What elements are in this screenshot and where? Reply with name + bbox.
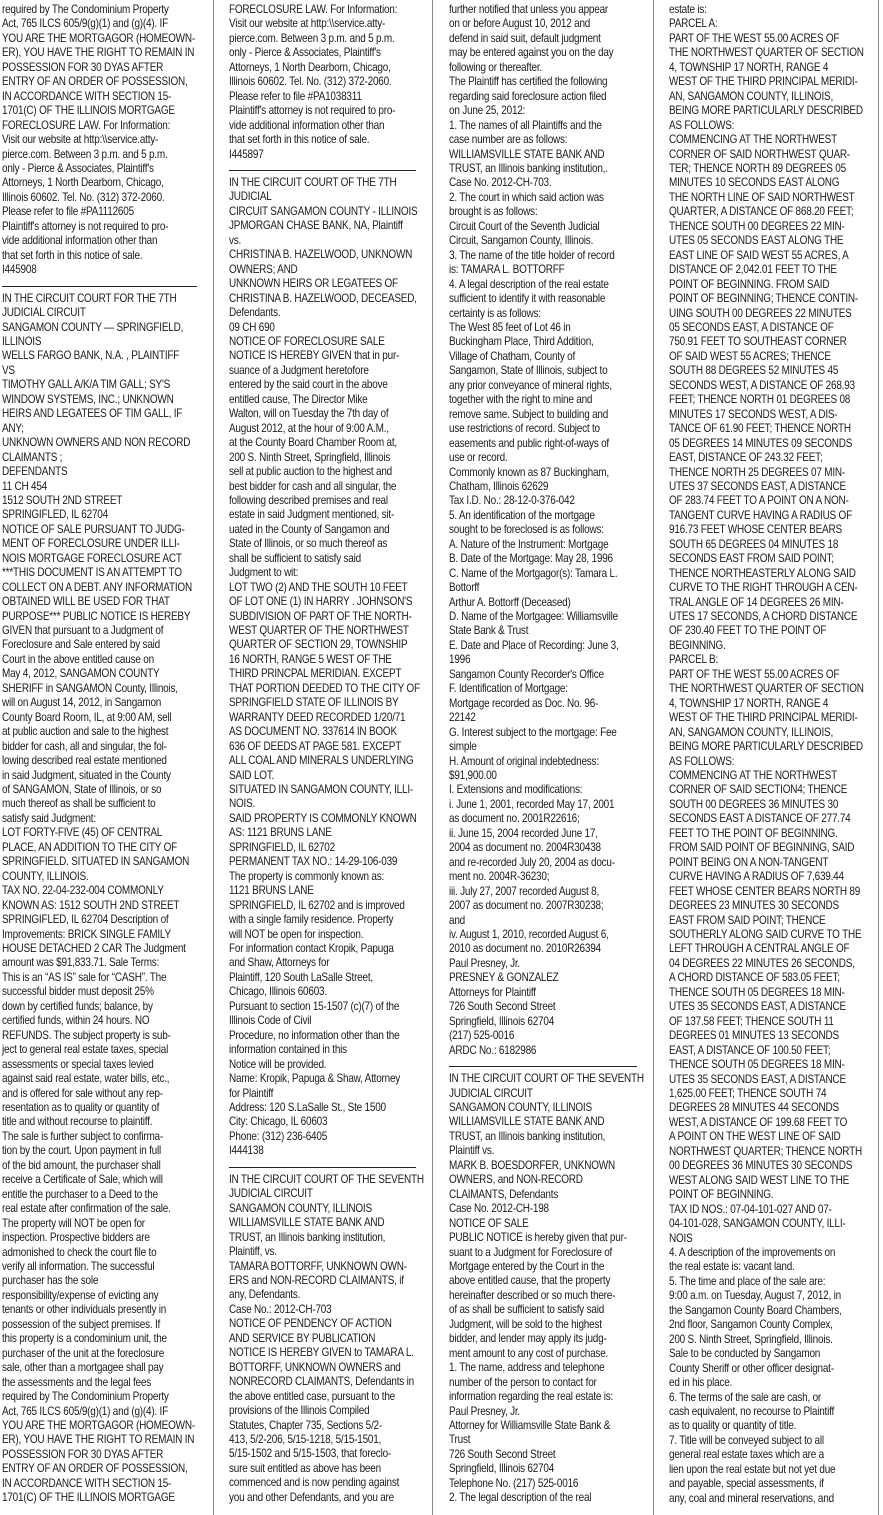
text-line-content: B. Date of the Mortgage: May 28, 1996: [449, 552, 613, 566]
text-line: SPRINGFIELD STATE OF ILLINOIS BY: [229, 696, 424, 710]
text-line: DEGREES 01 MINUTES 13 SECONDS: [669, 1029, 870, 1043]
text-line: WILLIAMSVILLE STATE BANK AND: [449, 1115, 645, 1129]
text-line: UNKNOWN OWNERS AND NON RECORD: [2, 436, 205, 450]
text-line: down by certified funds; balance, by: [2, 1000, 205, 1014]
text-line: SITUATED IN SANGAMON COUNTY, ILLI-: [229, 783, 424, 797]
text-line: Bottorff: [449, 581, 645, 595]
text-line: NONRECORD CLAIMANTS, Defendants in: [229, 1375, 424, 1389]
text-line: 1996: [449, 653, 645, 667]
text-line-content: Case No. 2012-CH-198: [449, 1202, 549, 1216]
text-line-content: A. Nature of the Instrument: Mortgage: [449, 538, 608, 552]
text-line-content: ANY;: [2, 422, 24, 436]
text-line-content: Statutes, Chapter 735, Sections 5/2-: [229, 1419, 382, 1433]
text-line: will NOT be open for inspection.: [229, 928, 424, 942]
text-line-content: AS FOLLOWS:: [669, 119, 734, 133]
text-line-content: TANCE OF 61.90 FEET; THENCE NORTH: [669, 422, 851, 436]
text-line-content: EAST, A DISTANCE OF 100.50 FEET;: [669, 1044, 830, 1058]
text-line-content: sale, other than a mortgagee shall pay: [2, 1361, 163, 1375]
text-line-content: Plaintiff's attorney is not required to …: [229, 104, 395, 118]
text-line-content: at public auction and sale to the highes…: [2, 725, 168, 739]
text-line: I445897: [229, 148, 424, 162]
text-line: 2007 as document no. 2007R30238;: [449, 899, 645, 913]
text-line: DEFENDANTS: [2, 465, 205, 479]
text-line: 726 South Second Street: [449, 1000, 645, 1014]
text-line: NOTICE OF SALE: [449, 1217, 645, 1231]
text-line: easements and public right-of-ways of: [449, 437, 645, 451]
text-line-content: A POINT ON THE WEST LINE OF SAID: [669, 1130, 841, 1144]
text-line-content: WEST OF THE THIRD PRINCIPAL MERIDI-: [669, 711, 858, 725]
text-line-content: Sale to be conducted by Sangamon: [669, 1347, 820, 1361]
text-line-content: Illinois Code of Civil: [229, 1014, 311, 1028]
text-line-content: purchaser has the sole: [2, 1274, 98, 1288]
text-line: and: [449, 914, 645, 928]
text-line-content: SPRINGFIELD. SITUATED IN SANGAMON: [2, 855, 189, 869]
text-line: August 2012, at the hour of 9:00 A.M.,: [229, 422, 424, 436]
text-line: ANY;: [2, 422, 205, 436]
text-line: entitle the purchaser to a Deed to the: [2, 1188, 205, 1202]
text-line-content: Sangamon, State of Illinois, subject to: [449, 364, 607, 378]
text-line: UTES 37 SECONDS EAST, A DISTANCE: [669, 480, 870, 494]
text-line-content: THENCE SOUTH 00 DEGREES 22 MIN-: [669, 220, 845, 234]
text-line-content: for Plaintiff: [229, 1087, 273, 1101]
text-line: commenced and is now pending against: [229, 1476, 424, 1490]
text-line-content: 5/15-1502 and 5/15-1503, that foreclo-: [229, 1447, 391, 1461]
notice-separator: [229, 170, 416, 171]
text-line-content: ER), YOU HAVE THE RIGHT TO REMAIN IN: [2, 46, 194, 60]
text-line-content: POINT OF BEGINNING. FROM SAID: [669, 278, 829, 292]
text-line-content: Visit our website at http:\\service.atty…: [2, 133, 158, 147]
text-line: sufficient to identify it with reasonabl…: [449, 292, 645, 306]
text-line-content: entitle the purchaser to a Deed to the: [2, 1188, 158, 1202]
text-line: suant to a Judgment for Foreclosure of: [449, 1246, 645, 1260]
text-line-content: Plaintiff vs.: [449, 1144, 494, 1158]
text-line: IN ACCORDANCE WITH SECTION 15-: [2, 90, 205, 104]
text-line: Mortgage recorded as Doc. No. 96-: [449, 697, 645, 711]
text-line-content: 6. The terms of the sale are cash, or: [669, 1391, 821, 1405]
text-line: THENCE SOUTH 05 DEGREES 18 MIN-: [669, 1058, 870, 1072]
text-line-content: amount was $91,833.71. Sale Terms:: [2, 956, 159, 970]
text-line-content: estate is:: [669, 3, 707, 17]
text-line: Arthur A. Bottorff (Deceased): [449, 596, 645, 610]
text-line: Procedure, no information other than the: [229, 1029, 424, 1043]
legal-notice: required by The Condominium PropertyAct,…: [2, 3, 205, 278]
legal-notice: IN THE CIRCUIT COURT OF THE SEVENTHJUDIC…: [449, 1072, 645, 1506]
text-line-content: use restrictions of record. Subject to: [449, 422, 600, 436]
text-line-content: COUNTY, ILLINOIS.: [2, 870, 88, 884]
text-line-content: Case No.: 2012-CH-703: [229, 1303, 331, 1317]
text-line-content: TRUST, an Illinois banking institution,: [229, 1231, 385, 1245]
text-line: CURVE HAVING A RADIUS OF 7,639.44: [669, 870, 870, 884]
text-line-content: brought is as follows:: [449, 205, 537, 219]
text-line-content: further notified that unless you appear: [449, 3, 608, 17]
text-line-content: THENCE NORTH 25 DEGREES 07 MIN-: [669, 466, 845, 480]
text-line: WEST ALONG SAID WEST LINE TO THE: [669, 1174, 870, 1188]
text-line-content: at the County Board Chamber Room at,: [229, 436, 397, 450]
text-line-content: 9:00 a.m. on Tuesday, August 7, 2012, in: [669, 1289, 841, 1303]
text-line: 4. A description of the improvements on: [669, 1246, 870, 1260]
text-line-content: Illinois 60602. Tel. No. (312) 372-2060.: [229, 75, 391, 89]
text-line: 1701(C) OF THE ILLINOIS MORTGAGE: [2, 104, 205, 118]
text-line-content: is: TAMARA L. BOTTORFF: [449, 263, 564, 277]
text-line-content: NONRECORD CLAIMANTS, Defendants in: [229, 1375, 414, 1389]
text-line-content: UNKNOWN OWNERS AND NON RECORD: [2, 436, 190, 450]
text-line-content: best bidder for cash and all singular, t…: [229, 480, 396, 494]
text-line: estate in said Judgment mentioned, sit-: [229, 508, 424, 522]
text-line: the Sangamon County Board Chambers,: [669, 1304, 870, 1318]
text-line-content: commenced and is now pending against: [229, 1476, 399, 1490]
text-line: OF LOT ONE (1) IN HARRY . JOHNSON'S: [229, 595, 424, 609]
text-line-content: REFUNDS. The subject property is sub-: [2, 1029, 171, 1043]
text-line-content: 726 South Second Street: [449, 1000, 555, 1014]
text-line: POINT OF BEGINNING. FROM SAID: [669, 278, 870, 292]
text-line: sell at public auction to the highest an…: [229, 465, 424, 479]
text-line-content: 636 OF DEEDS AT PAGE 581. EXCEPT: [229, 740, 401, 754]
text-line: as document no. 2001R22616;: [449, 812, 645, 826]
text-line-content: ii. June 15, 2004 recorded June 17,: [449, 827, 598, 841]
text-line: MINUTES 17 SECONDS WEST, A DIS-: [669, 408, 870, 422]
text-line-content: FEET; THENCE NORTH 01 DEGREES 08: [669, 393, 850, 407]
text-line-content: NOTICE IS HEREBY GIVEN that in pur-: [229, 349, 399, 363]
text-line: ERS and NON-RECORD CLAIMANTS, if: [229, 1274, 424, 1288]
text-line: State Bank & Trust: [449, 624, 645, 638]
text-line: SOUTH 00 DEGREES 36 MINUTES 30: [669, 798, 870, 812]
text-line: BOTTORFF, UNKNOWN OWNERS and: [229, 1361, 424, 1375]
text-line: NOTICE IS HEREBY GIVEN that in pur-: [229, 349, 424, 363]
text-line-content: title and without recourse to plaintiff.: [2, 1115, 152, 1129]
text-line-content: DISTANCE OF 2,042.01 FEET TO THE: [669, 263, 837, 277]
legal-notice: IN THE CIRCUIT COURT OF THE SEVENTHJUDIC…: [229, 1173, 424, 1505]
text-line-content: OF 137.58 FEET; THENCE SOUTH 11: [669, 1015, 834, 1029]
column-3: further notified that unless you appearo…: [432, 0, 653, 1515]
text-line-content: Mortgage entered by the Court in the: [449, 1260, 604, 1274]
text-line-content: CORNER OF SAID NORTHWEST QUAR-: [669, 148, 850, 162]
text-line-content: ER), YOU HAVE THE RIGHT TO REMAIN IN: [2, 1433, 194, 1447]
text-line: Address: 120 S.LaSalle St., Ste 1500: [229, 1101, 424, 1115]
text-line-content: of SANGAMON, State of Illinois, or so: [2, 783, 161, 797]
text-line-content: SHERIFF in SANGAMON County, Illinois,: [2, 682, 178, 696]
text-line: 6. The terms of the sale are cash, or: [669, 1391, 870, 1405]
text-line-content: hereinafter described or so much there-: [449, 1289, 615, 1303]
text-line: DISTANCE OF 2,042.01 FEET TO THE: [669, 263, 870, 277]
text-line-content: Attorneys for Plaintiff: [449, 986, 536, 1000]
text-line: A. Nature of the Instrument: Mortgage: [449, 538, 645, 552]
text-line: 726 South Second Street: [449, 1448, 645, 1462]
text-line: hereinafter described or so much there-: [449, 1289, 645, 1303]
notice-separator: [2, 286, 197, 287]
text-line-content: may be entered against you on the day: [449, 46, 613, 60]
text-line: POSSESSION FOR 30 DYAS AFTER: [2, 61, 205, 75]
text-line-content: SPRINGIFLED, IL 62704: [2, 508, 108, 522]
text-line-content: iv. August 1, 2010, recorded August 6,: [449, 928, 609, 942]
text-line-content: Bottorff: [449, 581, 479, 595]
text-line: Defendants.: [229, 306, 424, 320]
text-line-content: 16 NORTH, RANGE 5 WEST OF THE: [229, 653, 392, 667]
text-line: OF 230.40 FEET TO THE POINT OF: [669, 624, 870, 638]
text-line: HEIRS AND LEGATEES OF TIM GALL, IF: [2, 407, 205, 421]
text-line-content: 4, TOWNSHIP 17 NORTH, RANGE 4: [669, 697, 828, 711]
text-line: IN THE CIRCUIT COURT FOR THE 7TH: [2, 292, 205, 306]
text-line-content: Attorneys, 1 North Dearborn, Chicago,: [2, 176, 164, 190]
text-line: any, Defendants.: [229, 1288, 424, 1302]
text-line: ALL COAL AND MINERALS UNDERLYING: [229, 754, 424, 768]
text-line-content: State of Illinois, or so much thereof as: [229, 537, 387, 551]
text-line: Please refer to file #PA1112605: [2, 205, 205, 219]
text-line-content: TRUST, an Illinois banking institution,: [449, 1130, 605, 1144]
text-line: amount was $91,833.71. Sale Terms:: [2, 956, 205, 970]
text-line-content: LOT TWO (2) AND THE SOUTH 10 FEET: [229, 581, 408, 595]
text-line: PART OF THE WEST 55.00 ACRES OF: [669, 668, 870, 682]
text-line: WARRANTY DEED RECORDED 1/20/71: [229, 711, 424, 725]
text-line-content: 05 DEGREES 14 MINUTES 09 SECONDS: [669, 437, 852, 451]
text-line-content: in said Judgment, situated in the County: [2, 769, 171, 783]
text-line-content: case number are as follows:: [449, 133, 567, 147]
text-line: the real estate is: vacant land.: [669, 1260, 870, 1274]
text-line: SPRINGIFLED, IL 62704: [2, 508, 205, 522]
text-line: 1512 SOUTH 2ND STREET: [2, 494, 205, 508]
text-line: Improvements: BRICK SINGLE FAMILY: [2, 928, 205, 942]
text-line-content: only - Pierce & Associates, Plaintiff's: [2, 162, 154, 176]
text-line-content: 1512 SOUTH 2ND STREET: [2, 494, 122, 508]
text-line-content: tion by the court. Upon payment in full: [2, 1144, 161, 1158]
text-line-content: MINUTES 17 SECONDS WEST, A DIS-: [669, 408, 837, 422]
text-line: Paul Presney, Jr.: [449, 1405, 645, 1419]
text-line-content: The property is commonly known as:: [229, 870, 384, 884]
text-line: TRUST, an Illinois banking institution,.: [449, 162, 645, 176]
text-line: CHRISTINA B. HAZELWOOD, UNKNOWN: [229, 248, 424, 262]
text-line-content: NOIS: [669, 1232, 693, 1246]
text-line-content: WEST OF THE THIRD PRINCIPAL MERIDI-: [669, 75, 858, 89]
text-line: SECONDS EAST FROM SAID POINT;: [669, 552, 870, 566]
text-line: WINDOW SYSTEMS, INC.; UNKNOWN: [2, 393, 205, 407]
text-line-content: DEGREES 23 MINUTES 30 SECONDS: [669, 899, 839, 913]
text-line: 4. A legal description of the real estat…: [449, 278, 645, 292]
text-line: following described premises and real: [229, 494, 424, 508]
text-line-content: D. Name of the Mortgagee: Williamsville: [449, 610, 618, 624]
text-line: tion by the court. Upon payment in full: [2, 1144, 205, 1158]
text-line-content: August 2012, at the hour of 9:00 A.M.,: [229, 422, 389, 436]
text-line-content: on June 25, 2012:: [449, 104, 525, 118]
text-line-content: CHRISTINA B. HAZELWOOD, UNKNOWN: [229, 248, 412, 262]
text-line: VS: [2, 364, 205, 378]
text-line-content: Springfield, Illinois 62704: [449, 1015, 554, 1029]
text-line-content: TAMARA BOTTORFF, UNKNOWN OWN-: [229, 1260, 407, 1274]
text-line-content: 7. Title will be conveyed subject to all: [669, 1434, 824, 1448]
text-line-content: BOTTORFF, UNKNOWN OWNERS and: [229, 1361, 401, 1375]
text-line-content: WILLIAMSVILLE STATE BANK AND: [229, 1216, 384, 1230]
text-line-content: Village of Chatham, County of: [449, 350, 575, 364]
text-line: WILLIAMSVILLE STATE BANK AND: [229, 1216, 424, 1230]
text-line-content: AN, SANGAMON COUNTY, ILLINOIS,: [669, 726, 833, 740]
text-line-content: Buckingham Place, Third Addition,: [449, 335, 594, 349]
text-line-content: F. Identification of Mortgage:: [449, 682, 568, 696]
text-line: C. Name of the Mortgagor(s): Tamara L.: [449, 567, 645, 581]
text-line: Statutes, Chapter 735, Sections 5/2-: [229, 1419, 424, 1433]
text-line-content: provisions of the Illinois Compiled: [229, 1404, 369, 1418]
text-line: TAMARA BOTTORFF, UNKNOWN OWN-: [229, 1260, 424, 1274]
text-line: THAT PORTION DEEDED TO THE CITY OF: [229, 682, 424, 696]
text-line-content: WEST QUARTER OF THE NORTHWEST: [229, 624, 409, 638]
text-line: SECONDS WEST, A DISTANCE OF 268.93: [669, 379, 870, 393]
text-line-content: 200 S. Ninth Street, Springfield, Illino…: [669, 1333, 833, 1347]
text-line: Tax I.D. No.: 28-12-0-376-042: [449, 494, 645, 508]
text-line: COMMENCING AT THE NORTHWEST: [669, 769, 870, 783]
text-line-content: regarding said foreclosure action filed: [449, 90, 606, 104]
text-line-content: and: [449, 914, 465, 928]
column-2: FORECLOSURE LAW. For Information:Visit o…: [213, 0, 432, 1515]
text-line-content: 2010 as document no. 2010R26394: [449, 942, 601, 956]
text-line-content: successful bidder must deposit 25%: [2, 985, 154, 999]
text-line-content: SECONDS EAST FROM SAID POINT;: [669, 552, 834, 566]
text-line: CLAIMANTS ;: [2, 451, 205, 465]
text-line: COMMENCING AT THE NORTHWEST: [669, 133, 870, 147]
text-line-content: general real estate taxes which are a: [669, 1448, 824, 1462]
text-line: Sangamon County Recorder's Office: [449, 668, 645, 682]
text-line-content: 413, 5/2-206, 5/15-1218, 5/15-1501,: [229, 1433, 381, 1447]
text-line: THE NORTH LINE OF SAID NORTHWEST: [669, 191, 870, 205]
text-line-content: the assessments and the legal fees: [2, 1376, 151, 1390]
text-line: TAX ID NOS.: 07-04-101-027 AND 07-: [669, 1203, 870, 1217]
text-line: vs.: [229, 234, 424, 248]
text-line-content: 11 CH 454: [2, 480, 47, 494]
text-line: Act, 765 ILCS 605/9(g)(1) and (g)(4). IF: [2, 17, 205, 31]
text-line: Walton, will on Tuesday the 7th day of: [229, 407, 424, 421]
notice-separator: [229, 1167, 416, 1168]
text-line-content: THIRD PRINCPAL MERIDIAN. EXCEPT: [229, 667, 401, 681]
text-line: sale, other than a mortgagee shall pay: [2, 1361, 205, 1375]
text-line: THE NORTHWEST QUARTER OF SECTION: [669, 46, 870, 60]
text-line: TRAL ANGLE OF 14 DEGREES 26 MIN-: [669, 596, 870, 610]
text-line: Sale to be conducted by Sangamon: [669, 1347, 870, 1361]
text-line: LOT TWO (2) AND THE SOUTH 10 FEET: [229, 581, 424, 595]
text-line-content: POINT OF BEGINNING; THENCE CONTIN-: [669, 292, 858, 306]
text-line: any prior conveyance of mineral rights,: [449, 379, 645, 393]
text-line-content: Name: Kropik, Papuga & Shaw, Attorney: [229, 1072, 400, 1086]
text-line-content: This is an “AS IS” sale for “CASH”. The: [2, 971, 166, 985]
text-line: Attorneys, 1 North Dearborn, Chicago,: [2, 176, 205, 190]
text-line: case number are as follows:: [449, 133, 645, 147]
text-line-content: 1701(C) OF THE ILLINOIS MORTGAGE: [2, 1491, 175, 1505]
text-line-content: OF 283.74 FEET TO A POINT ON A NON-: [669, 494, 849, 508]
text-line: receive a Certificate of Sale, which wil…: [2, 1173, 205, 1187]
text-line-content: State Bank & Trust: [449, 624, 528, 638]
text-line-content: Notice will be provided.: [229, 1058, 326, 1072]
text-line: assessments or special taxes levied: [2, 1058, 205, 1072]
text-line-content: EAST, DISTANCE OF 243.32 FEET;: [669, 451, 823, 465]
text-line: at public auction and sale to the highes…: [2, 725, 205, 739]
text-line-content: JUDICIAL CIRCUIT: [2, 306, 86, 320]
text-line: is: TAMARA L. BOTTORFF: [449, 263, 645, 277]
column-4: estate is:PARCEL A:PART OF THE WEST 55.0…: [653, 0, 879, 1515]
text-line: bidder for cash, all and singular, the f…: [2, 740, 205, 754]
text-line-content: OWNERS, and NON-RECORD: [449, 1173, 583, 1187]
text-line-content: SPRINGFIELD STATE OF ILLINOIS BY: [229, 696, 399, 710]
text-line-content: 916.73 FEET WHOSE CENTER BEARS: [669, 523, 842, 537]
text-line: TANCE OF 61.90 FEET; THENCE NORTH: [669, 422, 870, 436]
text-line-content: verify all information. The successful: [2, 1260, 154, 1274]
text-line: certainty is as follows:: [449, 307, 645, 321]
text-line-content: For information contact Kropik, Papuga: [229, 942, 394, 956]
text-line: G. Interest subject to the mortgage: Fee: [449, 726, 645, 740]
text-line-content: CURVE TO THE RIGHT THROUGH A CEN-: [669, 581, 857, 595]
text-line-content: WILLIAMSVILLE STATE BANK AND: [449, 1115, 604, 1129]
text-line-content: THENCE SOUTH 05 DEGREES 18 MIN-: [669, 1058, 845, 1072]
text-line: Notice will be provided.: [229, 1058, 424, 1072]
text-line: NOIS.: [229, 797, 424, 811]
text-line-content: ment no. 2004R-36230;: [449, 870, 549, 884]
text-line: SANGAMON COUNTY — SPRINGFIELD,: [2, 321, 205, 335]
text-line-content: estate in said Judgment mentioned, sit-: [229, 508, 394, 522]
text-line: OWNERS, and NON-RECORD: [449, 1173, 645, 1187]
text-line-content: any, coal and mineral reservations, and: [669, 1492, 834, 1506]
text-line: PLACE, AN ADDITION TO THE CITY OF: [2, 841, 205, 855]
text-line: ARDC No.: 6182986: [449, 1044, 645, 1058]
text-line-content: bidder for cash, all and singular, the f…: [2, 740, 167, 754]
text-line-content: ment amount to any cost of purchase.: [449, 1347, 608, 1361]
text-line: AS DOCUMENT NO. 337614 IN BOOK: [229, 725, 424, 739]
text-line: 5. The time and place of the sale are:: [669, 1275, 870, 1289]
text-line-content: SECONDS EAST A DISTANCE OF 277.74: [669, 812, 851, 826]
text-line-content: real estate after confirmation of the sa…: [2, 1202, 171, 1216]
text-line: required by The Condominium Property: [2, 3, 205, 17]
text-line: 9:00 a.m. on Tuesday, August 7, 2012, in: [669, 1289, 870, 1303]
text-line: Sangamon, State of Illinois, subject to: [449, 364, 645, 378]
text-line: WEST, A DISTANCE OF 199.68 FEET TO: [669, 1116, 870, 1130]
text-line: THENCE NORTHEASTERLY ALONG SAID: [669, 567, 870, 581]
text-line: 7. Title will be conveyed subject to all: [669, 1434, 870, 1448]
text-line-content: PERMANENT TAX NO.: 14-29-106-039: [229, 855, 397, 869]
text-line-content: information contained in this: [229, 1043, 347, 1057]
text-line: 4, TOWNSHIP 17 NORTH, RANGE 4: [669, 61, 870, 75]
text-line-content: suant to a Judgment for Foreclosure of: [449, 1246, 612, 1260]
text-line-content: easements and public right-of-ways of: [449, 437, 609, 451]
text-line: TIMOTHY GALL A/K/A TIM GALL; SY'S: [2, 378, 205, 392]
text-line-content: THAT PORTION DEEDED TO THE CITY OF: [229, 682, 420, 696]
legal-notice: FORECLOSURE LAW. For Information:Visit o…: [229, 3, 424, 162]
text-line-content: 00 DEGREES 36 MINUTES 30 SECONDS: [669, 1159, 852, 1173]
text-line-content: TRAL ANGLE OF 14 DEGREES 26 MIN-: [669, 596, 843, 610]
text-line: FEET; THENCE NORTH 01 DEGREES 08: [669, 393, 870, 407]
text-line-content: NOTICE IS HEREBY GIVEN to TAMARA L.: [229, 1346, 414, 1360]
text-line: inspection. Prospective bidders are: [2, 1231, 205, 1245]
text-line: Illinois 60602. Tel. No. (312) 372-2060.: [229, 75, 424, 89]
text-line-content: sell at public auction to the highest an…: [229, 465, 392, 479]
text-line: best bidder for cash and all singular, t…: [229, 480, 424, 494]
text-line: EAST, DISTANCE OF 243.32 FEET;: [669, 451, 870, 465]
text-line-content: that set forth in this notice of sale.: [229, 133, 369, 147]
text-line-content: resentation as to quality or quantity of: [2, 1101, 159, 1115]
text-line-content: possession of the subject premises. If: [2, 1318, 160, 1332]
text-line: required by The Condominium Property: [2, 1390, 205, 1404]
text-line: 09 CH 690: [229, 321, 424, 335]
text-line-content: H. Amount of original indebtedness:: [449, 755, 599, 769]
text-line: 4, TOWNSHIP 17 NORTH, RANGE 4: [669, 697, 870, 711]
text-line: lowing described real estate mentioned: [2, 754, 205, 768]
text-line: entitled cause, The Director Mike: [229, 393, 424, 407]
text-line: admonished to check the court file to: [2, 1246, 205, 1260]
text-line-content: and re-recorded July 20, 2004 as docu-: [449, 856, 615, 870]
text-line: 05 SECONDS EAST, A DISTANCE OF: [669, 321, 870, 335]
text-line-content: IN ACCORDANCE WITH SECTION 15-: [2, 1477, 171, 1491]
text-line-content: SITUATED IN SANGAMON COUNTY, ILLI-: [229, 783, 413, 797]
text-line: BEING MORE PARTICULARLY DESCRIBED: [669, 104, 870, 118]
text-line: of SANGAMON, State of Illinois, or so: [2, 783, 205, 797]
text-line-content: County Sheriff or other officer designat…: [669, 1362, 834, 1376]
text-line-content: 1996: [449, 653, 470, 667]
text-line: The sale is further subject to confirma-: [2, 1130, 205, 1144]
text-line-content: PUBLIC NOTICE is hereby given that pur-: [449, 1231, 627, 1245]
text-line: SANGAMON COUNTY, ILLINOIS: [229, 1202, 424, 1216]
text-line: THENCE SOUTH 00 DEGREES 22 MIN-: [669, 220, 870, 234]
